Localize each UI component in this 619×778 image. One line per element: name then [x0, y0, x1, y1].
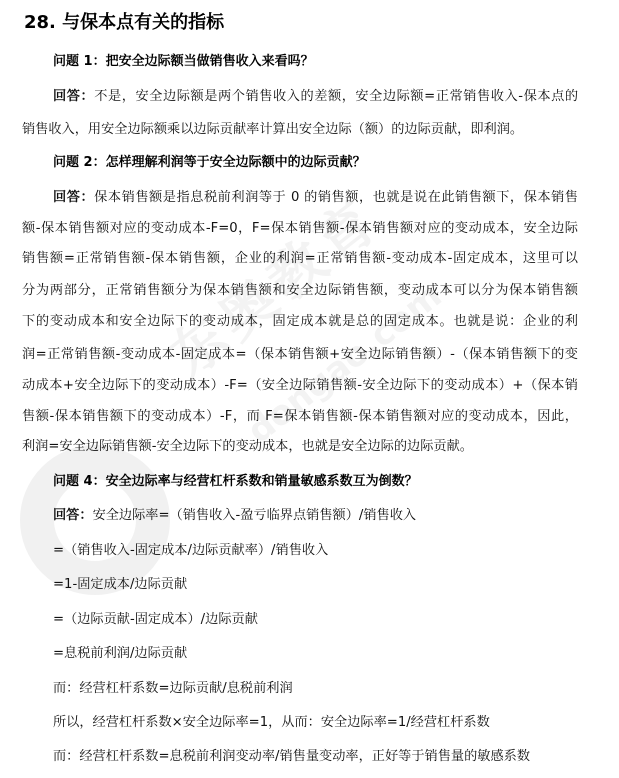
answer-2-line-5: 下的变动成本和安全边际下的变动成本，固定成本就是总的固定成本。也就是说：企业的利: [22, 314, 578, 330]
answer-4-line-6: 而：经营杠杆系数=边际贡献/息税前利润: [53, 681, 293, 697]
question-1: 问题 1：把安全边际额当做销售收入来看吗？: [53, 54, 314, 70]
answer-label: 回答：: [53, 508, 93, 523]
answer-2-line-3: 销售额=正常销售额-保本销售额，企业的利润=正常销售额-变动成本-固定成本，这里…: [22, 251, 578, 267]
answer-4-line-8: 而：经营杠杆系数=息税前利润变动率/销售量变动率，正好等于销售量的敏感系数: [53, 749, 530, 765]
watermark-url: dongao.com: [240, 276, 449, 452]
answer-2-line-6: 润=正常销售额-变动成本-固定成本=（保本销售额+安全边际销售额）-（保本销售额…: [22, 347, 578, 363]
answer-2-line-9: 利润=安全边际销售额-安全边际下的变动成本，也就是安全边际的边际贡献。: [22, 439, 473, 455]
answer-4-line-3: =1-固定成本/边际贡献: [53, 577, 187, 593]
answer-label: 回答：: [53, 89, 94, 104]
answer-4-line-4: =（边际贡献-固定成本）/边际贡献: [53, 612, 258, 628]
answer-1-line-2: 销售收入，用安全边际额乘以边际贡献率计算出安全边际（额）的边际贡献，即利润。: [22, 122, 523, 138]
answer-2-line-4: 分为两部分，正常销售额分为保本销售额和安全边际销售额，变动成本可以分为保本销售额: [22, 283, 578, 299]
answer-label: 回答：: [53, 190, 94, 205]
answer-1-line-1: 回答：不是，安全边际额是两个销售收入的差额，安全边际额=正常销售收入-保本点的: [53, 89, 578, 105]
answer-2-line-8: 售额-保本销售额下的变动成本）-F，而 F=保本销售额-保本销售额对应的变动成本…: [22, 409, 578, 425]
answer-4-line-7: 所以，经营杠杆系数×安全边际率=1，从而：安全边际率=1/经营杠杆系数: [53, 715, 490, 731]
document-title: 28. 与保本点有关的指标: [24, 12, 224, 34]
answer-4-line-2: =（销售收入-固定成本/边际贡献率）/销售收入: [53, 543, 328, 559]
answer-2-line-7: 动成本+安全边际下的变动成本）-F=（安全边际销售额-安全边际下的变动成本）+（…: [22, 378, 578, 394]
question-2: 问题 2：怎样理解利润等于安全边际额中的边际贡献？: [53, 155, 366, 171]
answer-4-line-5: =息税前利润/边际贡献: [53, 646, 187, 662]
answer-4-line-1: 回答：安全边际率=（销售收入-盈亏临界点销售额）/销售收入: [53, 508, 416, 524]
answer-2-line-2: 额-保本销售额对应的变动成本-F=0，F=保本销售额-保本销售额对应的变动成本，…: [22, 221, 578, 237]
question-4: 问题 4：安全边际率与经营杠杆系数和销量敏感系数互为倒数？: [53, 474, 418, 490]
answer-2-line-1: 回答：保本销售额是指息税前利润等于 0 的销售额，也就是说在此销售额下，保本销售: [53, 190, 578, 206]
